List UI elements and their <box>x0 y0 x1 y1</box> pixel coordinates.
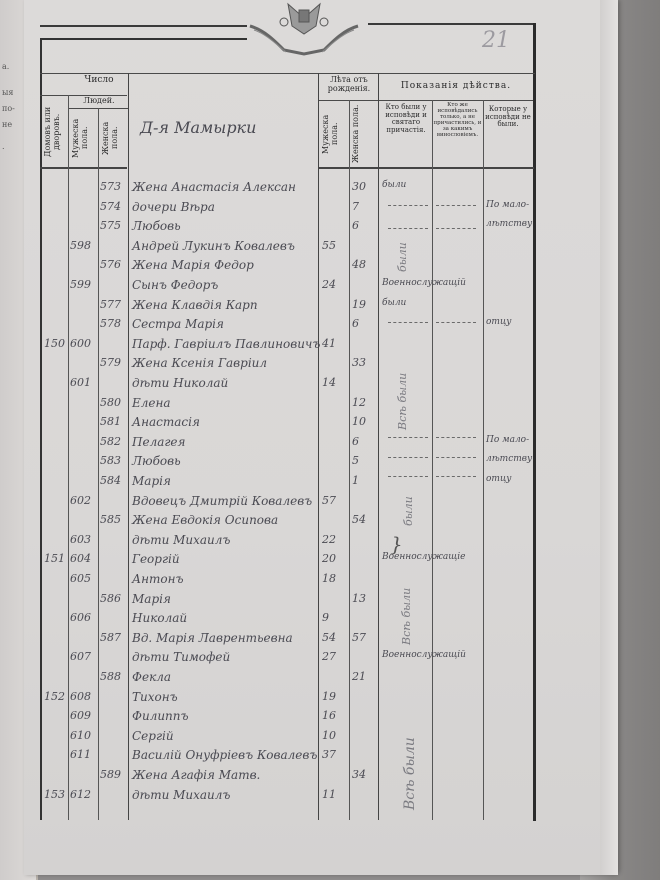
dash-mark <box>436 457 476 458</box>
cell-male: 605 <box>70 572 91 585</box>
cell-age-f: 21 <box>352 670 366 683</box>
header-confessed: Кто были у исповѣди и святаго причастія. <box>381 104 431 135</box>
column-line <box>349 100 350 820</box>
cell-female: 575 <box>100 219 121 232</box>
frame-left <box>40 38 42 820</box>
cell-name: Пелагея <box>132 435 185 449</box>
cell-male: 612 <box>70 788 91 801</box>
cell-age-f: 12 <box>352 396 366 409</box>
cell-age-f: 34 <box>352 768 366 781</box>
frame-right <box>533 23 536 821</box>
frame-top-left <box>40 25 247 27</box>
cell-name: дѣти Николай <box>132 376 228 390</box>
frame-line <box>40 38 247 40</box>
cell-female: 580 <box>100 396 121 409</box>
cell-name: Жена Анастасія Алексан <box>132 180 296 194</box>
cell-not-confessed: лѣтству <box>486 219 532 229</box>
left-page-fragment: по- <box>2 104 15 113</box>
header-bottom-line <box>318 167 534 169</box>
cell-name: Парф. Гавріилъ Павлиновичъ <box>132 337 320 351</box>
cell-name: Жена Марія Федор <box>132 258 254 272</box>
cell-female: 588 <box>100 670 121 683</box>
cell-male: 610 <box>70 729 91 742</box>
left-page-fragment: . <box>2 142 5 151</box>
cell-female: 577 <box>100 298 121 311</box>
cell-age-f: 13 <box>352 592 366 605</box>
dash-mark <box>388 457 428 458</box>
cell-male: 599 <box>70 278 91 291</box>
cell-age-m: 10 <box>322 729 336 742</box>
header-not-confessed: Которые у исповѣди не были. <box>484 106 532 129</box>
cell-male: 604 <box>70 552 91 565</box>
cell-age-m: 11 <box>322 788 336 801</box>
imperial-eagle-emblem-icon <box>244 0 364 58</box>
cell-not-confessed: отцу <box>486 317 511 327</box>
cell-name: дѣти Тимофей <box>132 650 230 664</box>
cell-name: Антонъ <box>132 572 184 586</box>
left-page-fragment: а. <box>2 62 9 71</box>
cell-age-m: 16 <box>322 709 336 722</box>
cell-female: 586 <box>100 592 121 605</box>
village-heading: Д-я Мамырки <box>140 118 256 137</box>
cell-name: Николай <box>132 611 187 625</box>
header-confessed-only: Кто же исповѣдались только, а не причаст… <box>433 102 482 138</box>
cell-male: 608 <box>70 690 91 703</box>
cell-male: 600 <box>70 337 91 350</box>
column-line <box>483 100 484 820</box>
cell-name: дѣти Михаилъ <box>132 788 230 802</box>
header-female: Женска пола. <box>102 112 124 164</box>
cell-confessed: Военнослужащій <box>382 278 466 288</box>
cell-female: 579 <box>100 356 121 369</box>
column-line <box>68 95 69 820</box>
brace-mark: } <box>390 532 403 556</box>
cell-age-f: 7 <box>352 200 359 213</box>
cell-age-m: 57 <box>322 494 336 507</box>
left-page-fragment: не <box>2 120 12 129</box>
cell-name: Сынъ Федоръ <box>132 278 218 292</box>
header-line <box>378 100 533 101</box>
header-testimony: Показанія дѣйства. <box>380 82 532 92</box>
cell-house: 150 <box>44 337 65 350</box>
cell-age-f: 5 <box>352 454 359 467</box>
cell-age-f: 57 <box>352 631 366 644</box>
page-edge <box>600 0 618 875</box>
cell-female: 584 <box>100 474 121 487</box>
cell-name: Тихонъ <box>132 690 178 704</box>
header-male: Мужеска пола. <box>72 112 94 164</box>
cell-female: 583 <box>100 454 121 467</box>
header-age-female: Женска пола. <box>352 104 376 164</box>
cell-male: 609 <box>70 709 91 722</box>
dash-mark <box>436 437 476 438</box>
cell-age-f: 6 <box>352 317 359 330</box>
header-line <box>40 73 535 74</box>
cell-age-f: 6 <box>352 219 359 232</box>
cell-female: 585 <box>100 513 121 526</box>
cell-name: дѣти Михаилъ <box>132 533 230 547</box>
cell-age-m: 24 <box>322 278 336 291</box>
cell-male: 601 <box>70 376 91 389</box>
cell-name: Жена Евдокія Осипова <box>132 513 278 527</box>
header-age-male: Мужеска пола. <box>322 104 346 164</box>
cell-age-f: 48 <box>352 258 366 271</box>
cell-confessed: Военнослужащій <box>382 650 466 660</box>
cell-age-f: 30 <box>352 180 366 193</box>
column-line <box>432 100 433 820</box>
cell-female: 582 <box>100 435 121 448</box>
cell-age-f: 54 <box>352 513 366 526</box>
dash-mark <box>388 476 428 477</box>
cell-female: 581 <box>100 415 121 428</box>
cell-age-f: 10 <box>352 415 366 428</box>
cell-female: 574 <box>100 200 121 213</box>
cell-name: Жена Агафія Матв. <box>132 768 260 782</box>
cell-name: Любовь <box>132 219 181 233</box>
header-households: Домовъ или дворовъ. <box>44 100 66 164</box>
header-number: Число <box>70 76 128 86</box>
cell-house: 151 <box>44 552 65 565</box>
dash-mark <box>436 322 476 323</box>
column-line <box>378 73 379 820</box>
dash-mark <box>388 205 428 206</box>
dash-mark <box>388 322 428 323</box>
cell-age-f: 1 <box>352 474 359 487</box>
cell-name: Фекла <box>132 670 171 684</box>
vertical-annotation: Всѣ были <box>402 660 418 810</box>
cell-name: дочери Вѣра <box>132 200 215 214</box>
cell-male: 598 <box>70 239 91 252</box>
cell-male: 611 <box>70 748 91 761</box>
cell-female: 576 <box>100 258 121 271</box>
cell-not-confessed: По мало- <box>486 200 529 210</box>
cell-age-m: 18 <box>322 572 336 585</box>
cell-age-m: 37 <box>322 748 336 761</box>
cell-male: 602 <box>70 494 91 507</box>
cell-name: Вд. Марія Лаврентьевна <box>132 631 293 645</box>
cell-female: 578 <box>100 317 121 330</box>
cell-confessed: были <box>382 298 406 308</box>
cell-age-f: 6 <box>352 435 359 448</box>
cell-name: Филиппъ <box>132 709 189 723</box>
cell-male: 607 <box>70 650 91 663</box>
cell-house: 152 <box>44 690 65 703</box>
header-people: Людей. <box>70 97 128 106</box>
header-age: Лѣта отъ рожденія. <box>320 76 378 94</box>
frame-top-right <box>368 23 533 25</box>
cell-name: Марія <box>132 592 171 606</box>
cell-name: Елена <box>132 396 171 410</box>
header-bottom-line <box>40 167 127 169</box>
cell-name: Любовь <box>132 454 181 468</box>
cell-age-m: 14 <box>322 376 336 389</box>
cell-not-confessed: отцу <box>486 474 511 484</box>
column-line <box>318 73 319 820</box>
dash-mark <box>388 437 428 438</box>
dash-mark <box>436 476 476 477</box>
cell-not-confessed: По мало- <box>486 435 529 445</box>
cell-not-confessed: лѣтству <box>486 454 532 464</box>
cell-name: Василій Онуфріевъ Ковалевъ <box>132 748 317 762</box>
dash-mark <box>436 205 476 206</box>
cell-female: 573 <box>100 180 121 193</box>
cell-age-m: 20 <box>322 552 336 565</box>
column-line <box>98 108 99 820</box>
cell-male: 603 <box>70 533 91 546</box>
cell-age-m: 27 <box>322 650 336 663</box>
column-line <box>128 73 129 820</box>
dash-mark <box>436 228 476 229</box>
cell-name: Георгій <box>132 552 180 566</box>
cell-name: Жена Ксенія Гавріил <box>132 356 267 370</box>
vertical-annotation: были <box>396 228 409 272</box>
vertical-annotation: Всѣ были <box>396 340 409 430</box>
header-line <box>318 100 378 101</box>
cell-age-m: 9 <box>322 611 329 624</box>
cell-house: 153 <box>44 788 65 801</box>
cell-name: Жена Клавдія Карп <box>132 298 258 312</box>
cell-age-m: 19 <box>322 690 336 703</box>
cell-name: Сергій <box>132 729 174 743</box>
cell-name: Анастасія <box>132 415 200 429</box>
cell-female: 589 <box>100 768 121 781</box>
cell-age-f: 33 <box>352 356 366 369</box>
cell-female: 587 <box>100 631 121 644</box>
cell-name: Вдовецъ Дмитрій Ковалевъ <box>132 494 312 508</box>
vertical-annotation: Всѣ были <box>400 565 413 645</box>
cell-name: Марія <box>132 474 171 488</box>
vertical-annotation: были <box>402 480 415 526</box>
folio-number: 21 <box>482 28 510 53</box>
cell-name: Сестра Марія <box>132 317 224 331</box>
cell-name: Андрей Лукинъ Ковалевъ <box>132 239 295 253</box>
cell-age-m: 41 <box>322 337 336 350</box>
cell-age-m: 55 <box>322 239 336 252</box>
cell-age-m: 22 <box>322 533 336 546</box>
cell-male: 606 <box>70 611 91 624</box>
cell-confessed: были <box>382 180 406 190</box>
left-page-fragment: ыя <box>2 88 13 97</box>
cell-age-m: 54 <box>322 631 336 644</box>
cell-age-f: 19 <box>352 298 366 311</box>
